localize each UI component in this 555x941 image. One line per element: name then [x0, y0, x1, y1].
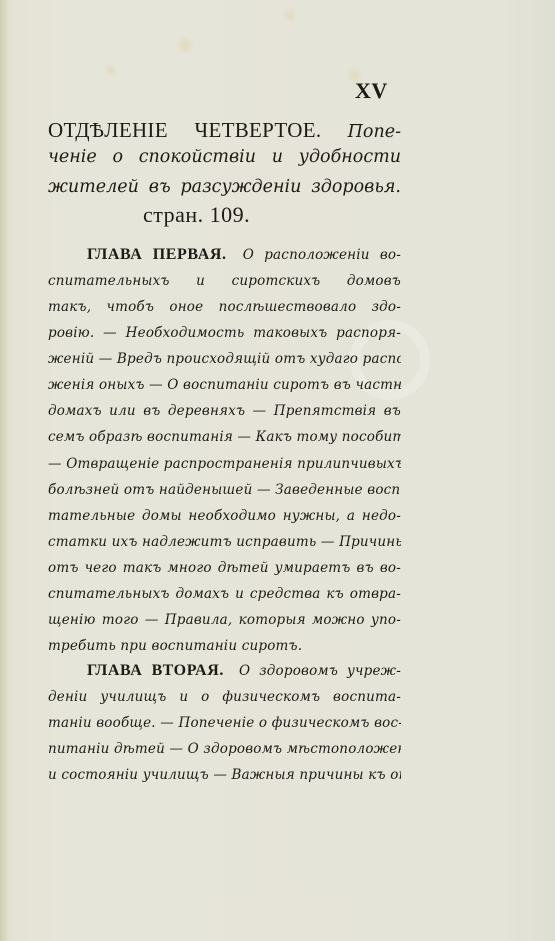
chapter-2-line: деніи училищъ и о физическомъ воспита-: [48, 689, 401, 705]
chapter-1-line: семъ образѣ воспитанія — Какъ тому пособ…: [48, 429, 401, 445]
chapter-1-line: требить при воспитаніи сиротъ.: [48, 638, 302, 654]
page-gutter: [0, 0, 8, 941]
chapter-1-line: ровію. — Необходимость таковыхъ распоря-: [48, 325, 401, 341]
section-heading-italic: Попе-: [348, 122, 401, 142]
chapter-1-line: женія оныхъ — О воспитаніи сиротъ въ час…: [48, 377, 401, 393]
chapter-1-title: ГЛАВА ПЕРВАЯ.: [87, 246, 227, 263]
chapter-2-heading-text: О здоровомъ учреж-: [239, 663, 401, 679]
chapter-2-heading: ГЛАВА ВТОРАЯ. О здоровомъ учреж-: [87, 662, 401, 680]
chapter-1-heading: ГЛАВА ПЕРВАЯ. О расположеніи во-: [87, 246, 401, 264]
chapter-2-line: и состояніи училищъ — Важныя причины къ …: [48, 767, 401, 783]
chapter-1-line: такъ, чтобъ оное послѣшествовало здо-: [48, 299, 401, 315]
chapter-1-line: спитательныхъ домахъ и средства къ отвра…: [48, 586, 401, 602]
chapter-1-line: женій — Вредъ происходящій отъ худаго ра…: [48, 351, 401, 367]
section-heading: ОТДѢЛЕНІЕ ЧЕТВЕРТОЕ. Попе-: [48, 118, 401, 143]
chapter-1-line: — Отвращеніе распространенія прилипчивых…: [48, 456, 401, 472]
chapter-1-line: болѣзней отъ найденышей — Заведенные вос…: [48, 482, 401, 498]
chapter-1-line: щенію того — Правила, которыя можно упо-: [48, 612, 401, 628]
page-number: XV: [355, 78, 388, 104]
section-line: жителей въ разсужденіи здоровья.: [48, 177, 401, 197]
chapter-1-heading-text: О расположеніи во-: [243, 247, 401, 263]
chapter-1-line: статки ихъ надлежитъ исправить — Причины: [48, 534, 401, 550]
chapter-1-line: отъ чего такъ много дѣтей умираетъ въ во…: [48, 560, 401, 576]
chapter-2-title: ГЛАВА ВТОРАЯ.: [87, 662, 224, 679]
chapter-1-line: тательные домы необходимо нужны, а недо-: [48, 508, 401, 524]
section-line: ченіе о спокойствіи и удобности: [48, 147, 401, 167]
chapter-1-line: спитательныхъ и сиротскихъ домовъ: [48, 273, 401, 289]
chapter-1-line: домахъ или въ деревняхъ — Препятствія въ: [48, 403, 401, 419]
book-page: XV ОТДѢЛЕНІЕ ЧЕТВЕРТОЕ. Попе- ченіе о сп…: [0, 0, 555, 941]
chapter-2-line: питаніи дѣтей — О здоровомъ мѣстоположен…: [48, 741, 401, 757]
section-page-reference: стран. 109.: [143, 202, 250, 228]
chapter-2-line: таніи вообще. — Попеченіе о физическомъ …: [48, 715, 401, 731]
section-heading-caps: ОТДѢЛЕНІЕ ЧЕТВЕРТОЕ.: [48, 118, 321, 142]
